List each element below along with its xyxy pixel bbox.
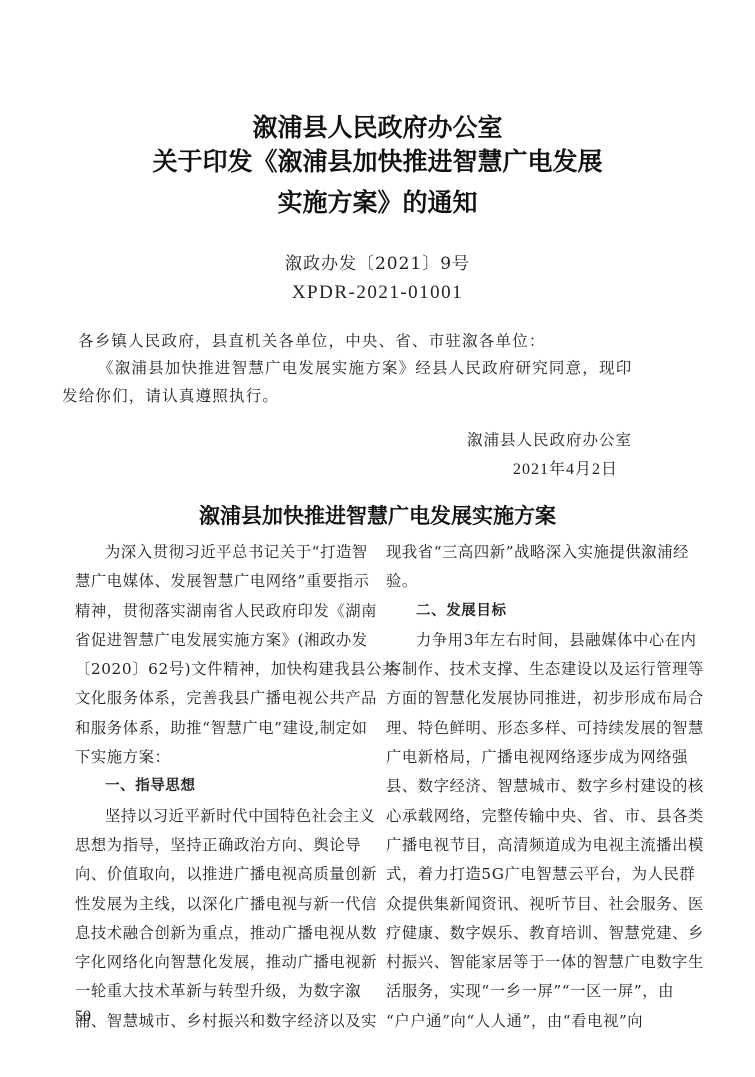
plan-title: 溆浦县加快推进智慧广电发展实施方案 (0, 500, 755, 530)
section-heading-development-goals: 二、发展目标 (386, 597, 686, 626)
text-line: 活服务，实现“一乡一屏”“一区一屏”，由 (386, 977, 686, 1006)
text-line: 性发展为主线，以深化广播电视与新一代信 (75, 890, 375, 919)
text-line: 疗健康、数字娱乐、教育培训、智慧党建、乡 (386, 919, 686, 948)
text-line: 和服务体系，助推“智慧广电”建设,制定如 (75, 714, 375, 743)
text-line: 浦、智慧城市、乡村振兴和数字经济以及实 (75, 1007, 375, 1036)
registry-code: XPDR-2021-01001 (0, 282, 755, 304)
text-line: 力争用3年左右时间，县融媒体中心在内 (386, 626, 686, 655)
text-line: 坚持以习近平新时代中国特色社会主义 (75, 802, 375, 831)
notice-title-line-3: 实施方案》的通知 (0, 183, 755, 219)
text-line: 村振兴、智能家居等于一体的智慧广电数字生 (386, 948, 686, 977)
text-line: 〔2020〕62号)文件精神，加快构建我县公共 (75, 655, 375, 684)
text-line: 众提供集新闻资讯、视听节目、社会服务、医 (386, 890, 686, 919)
notice-title-line-2: 关于印发《溆浦县加快推进智慧广电发展 (0, 142, 755, 178)
text-line: 广播电视节目，高清频道成为电视主流播出模 (386, 831, 686, 860)
text-line: 广电新格局，广播电视网络逐步成为网络强 (386, 743, 686, 772)
text-line: 下实施方案： (75, 743, 375, 772)
notice-title-line-1: 溆浦县人民政府办公室 (0, 108, 755, 144)
text-line: 省促进智慧广电发展实施方案》(湘政办发 (75, 626, 375, 655)
signature-organization: 溆浦县人民政府办公室 (467, 428, 632, 450)
text-line: 慧广电媒体、发展智慧广电网络”重要指示 (75, 567, 375, 596)
text-line: 文化服务体系，完善我县广播电视公共产品 (75, 684, 375, 713)
text-line: 容制作、技术支撑、生态建设以及运行管理等 (386, 655, 686, 684)
left-column: 为深入贯彻习近平总书记关于“打造智 慧广电媒体、发展智慧广电网络”重要指示 精神… (75, 538, 375, 1036)
text-line: 县、数字经济、智慧城市、数字乡村建设的核 (386, 772, 686, 801)
text-line: “户户通”向“人人通”，由“看电视”向 (386, 1007, 686, 1036)
text-line: 式，着力打造5G广电智慧云平台，为人民群 (386, 860, 686, 889)
page-number: 50 (75, 1008, 91, 1026)
addressees: 各乡镇人民政府，县直机关各单位，中央、省、市驻溆各单位： (78, 327, 546, 356)
text-line: 理、特色鲜明、形态多样、可持续发展的智慧 (386, 714, 686, 743)
right-column: 现我省“三高四新”战略深入实施提供溆浦经 验。 二、发展目标 力争用3年左右时间… (386, 538, 686, 1036)
text-line: 一轮重大技术革新与转型升级，为数字溆 (75, 977, 375, 1006)
text-line: 思想为指导，坚持正确政治方向、舆论导 (75, 831, 375, 860)
notice-body-line-1: 《溆浦县加快推进智慧广电发展实施方案》经县人民政府研究同意，现印 (98, 354, 632, 383)
text-line: 息技术融合创新为重点，推动广播电视从数 (75, 919, 375, 948)
signature-date: 2021年4月2日 (513, 456, 618, 479)
text-line: 验。 (386, 567, 686, 596)
text-line: 现我省“三高四新”战略深入实施提供溆浦经 (386, 538, 686, 567)
text-line: 向、价值取向，以推进广播电视高质量创新 (75, 860, 375, 889)
document-number: 溆政办发〔2021〕9号 (0, 249, 755, 274)
text-line: 精神，贯彻落实湖南省人民政府印发《湖南 (75, 597, 375, 626)
text-line: 方面的智慧化发展协同推进，初步形成布局合 (386, 684, 686, 713)
text-line: 字化网络化向智慧化发展，推动广播电视新 (75, 948, 375, 977)
text-line: 为深入贯彻习近平总书记关于“打造智 (75, 538, 375, 567)
text-line: 心承载网络，完整传输中央、省、市、县各类 (386, 802, 686, 831)
section-heading-guiding-ideology: 一、指导思想 (75, 772, 375, 801)
notice-body-line-2: 发给你们，请认真遵照执行。 (62, 382, 279, 411)
